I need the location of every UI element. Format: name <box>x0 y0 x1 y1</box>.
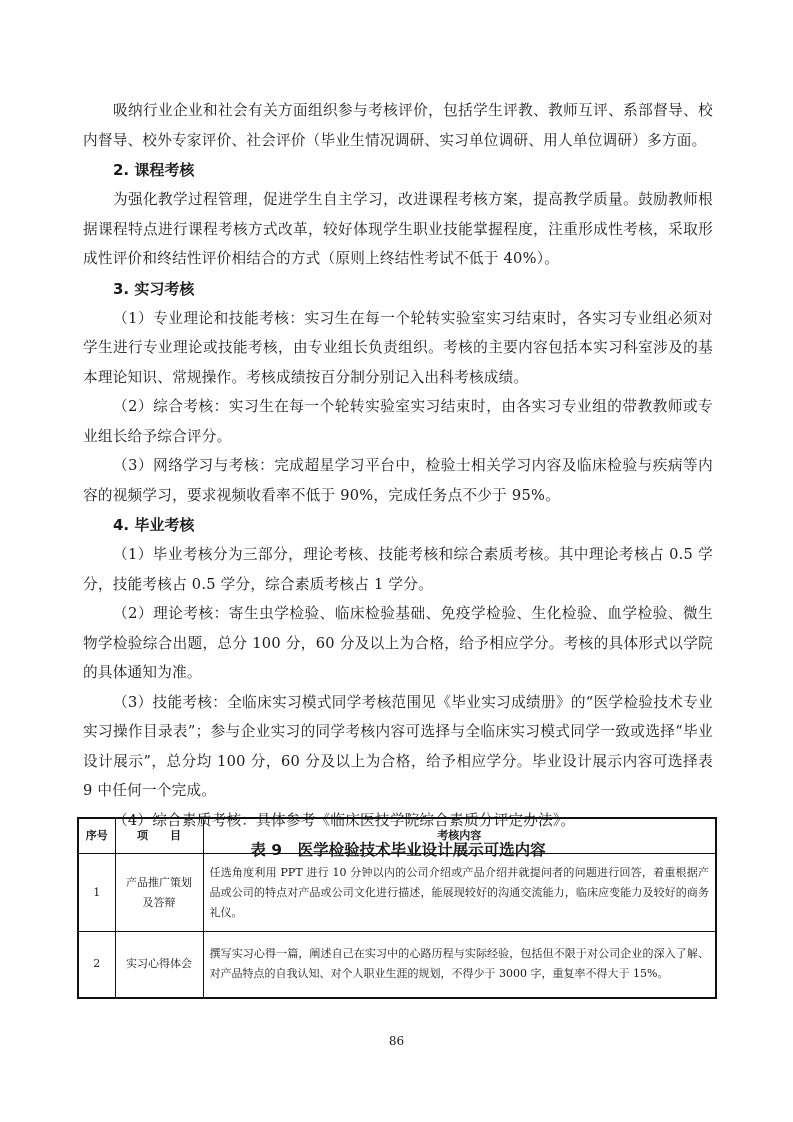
body-text: 吸纳行业企业和社会有关方面组织参与考核评价，包括学生评教、教师互评、系部督导、校… <box>83 96 713 861</box>
table-row: 1 产品推广策划及答辩 任选角度利用 PPT 进行 10 分钟以内的公司介绍或产… <box>78 854 716 932</box>
heading-internship-assessment: 3. 实习考核 <box>83 274 713 304</box>
paragraph-graduation-2: （2）理论考核：寄生虫学检验、临床检验基础、免疫学检验、生化检验、血学检验、微生… <box>83 599 713 688</box>
paragraph-internship-1: （1）专业理论和技能考核：实习生在每一个轮转实验室实习结束时，各实习专业组必须对… <box>83 304 713 393</box>
cell-index: 1 <box>78 854 115 932</box>
cell-item: 产品推广策划及答辩 <box>115 854 203 932</box>
paragraph-course-assessment: 为强化教学过程管理，促进学生自主学习，改进课程考核方案，提高教学质量。鼓励教师根… <box>83 185 713 274</box>
header-index: 序号 <box>78 818 115 854</box>
paragraph-evaluation: 吸纳行业企业和社会有关方面组织参与考核评价，包括学生评教、教师互评、系部督导、校… <box>83 96 713 155</box>
paragraph-graduation-1: （1）毕业考核分为三部分，理论考核、技能考核和综合素质考核。其中理论考核占 0.… <box>83 540 713 599</box>
paragraph-internship-3: （3）网络学习与考核：完成超星学习平台中，检验士相关学习内容及临床检验与疾病等内… <box>83 451 713 510</box>
table-header-row: 序号 项 目 考核内容 <box>78 818 716 854</box>
heading-course-assessment: 2. 课程考核 <box>83 155 713 185</box>
page-number: 86 <box>0 1034 793 1048</box>
cell-content: 撰写实习心得一篇，阐述自己在实习中的心路历程与实际经验，包括但不限于对公司企业的… <box>203 932 716 998</box>
paragraph-graduation-3: （3）技能考核：全临床实习模式同学考核范围见《毕业实习成绩册》的“医学检验技术专… <box>83 688 713 806</box>
cell-item: 实习心得体会 <box>115 932 203 998</box>
heading-graduation-assessment: 4. 毕业考核 <box>83 510 713 540</box>
document-page: 吸纳行业企业和社会有关方面组织参与考核评价，包括学生评教、教师互评、系部督导、校… <box>0 0 793 1122</box>
cell-index: 2 <box>78 932 115 998</box>
cell-content: 任选角度利用 PPT 进行 10 分钟以内的公司介绍或产品介绍并就提问者的问题进… <box>203 854 716 932</box>
header-content: 考核内容 <box>203 818 716 854</box>
table-row: 2 实习心得体会 撰写实习心得一篇，阐述自己在实习中的心路历程与实际经验，包括但… <box>78 932 716 998</box>
paragraph-internship-2: （2）综合考核：实习生在每一个轮转实验室实习结束时，由各实习专业组的带教教师或专… <box>83 392 713 451</box>
header-item: 项 目 <box>115 818 203 854</box>
design-options-table: 序号 项 目 考核内容 1 产品推广策划及答辩 任选角度利用 PPT 进行 10… <box>77 817 717 999</box>
